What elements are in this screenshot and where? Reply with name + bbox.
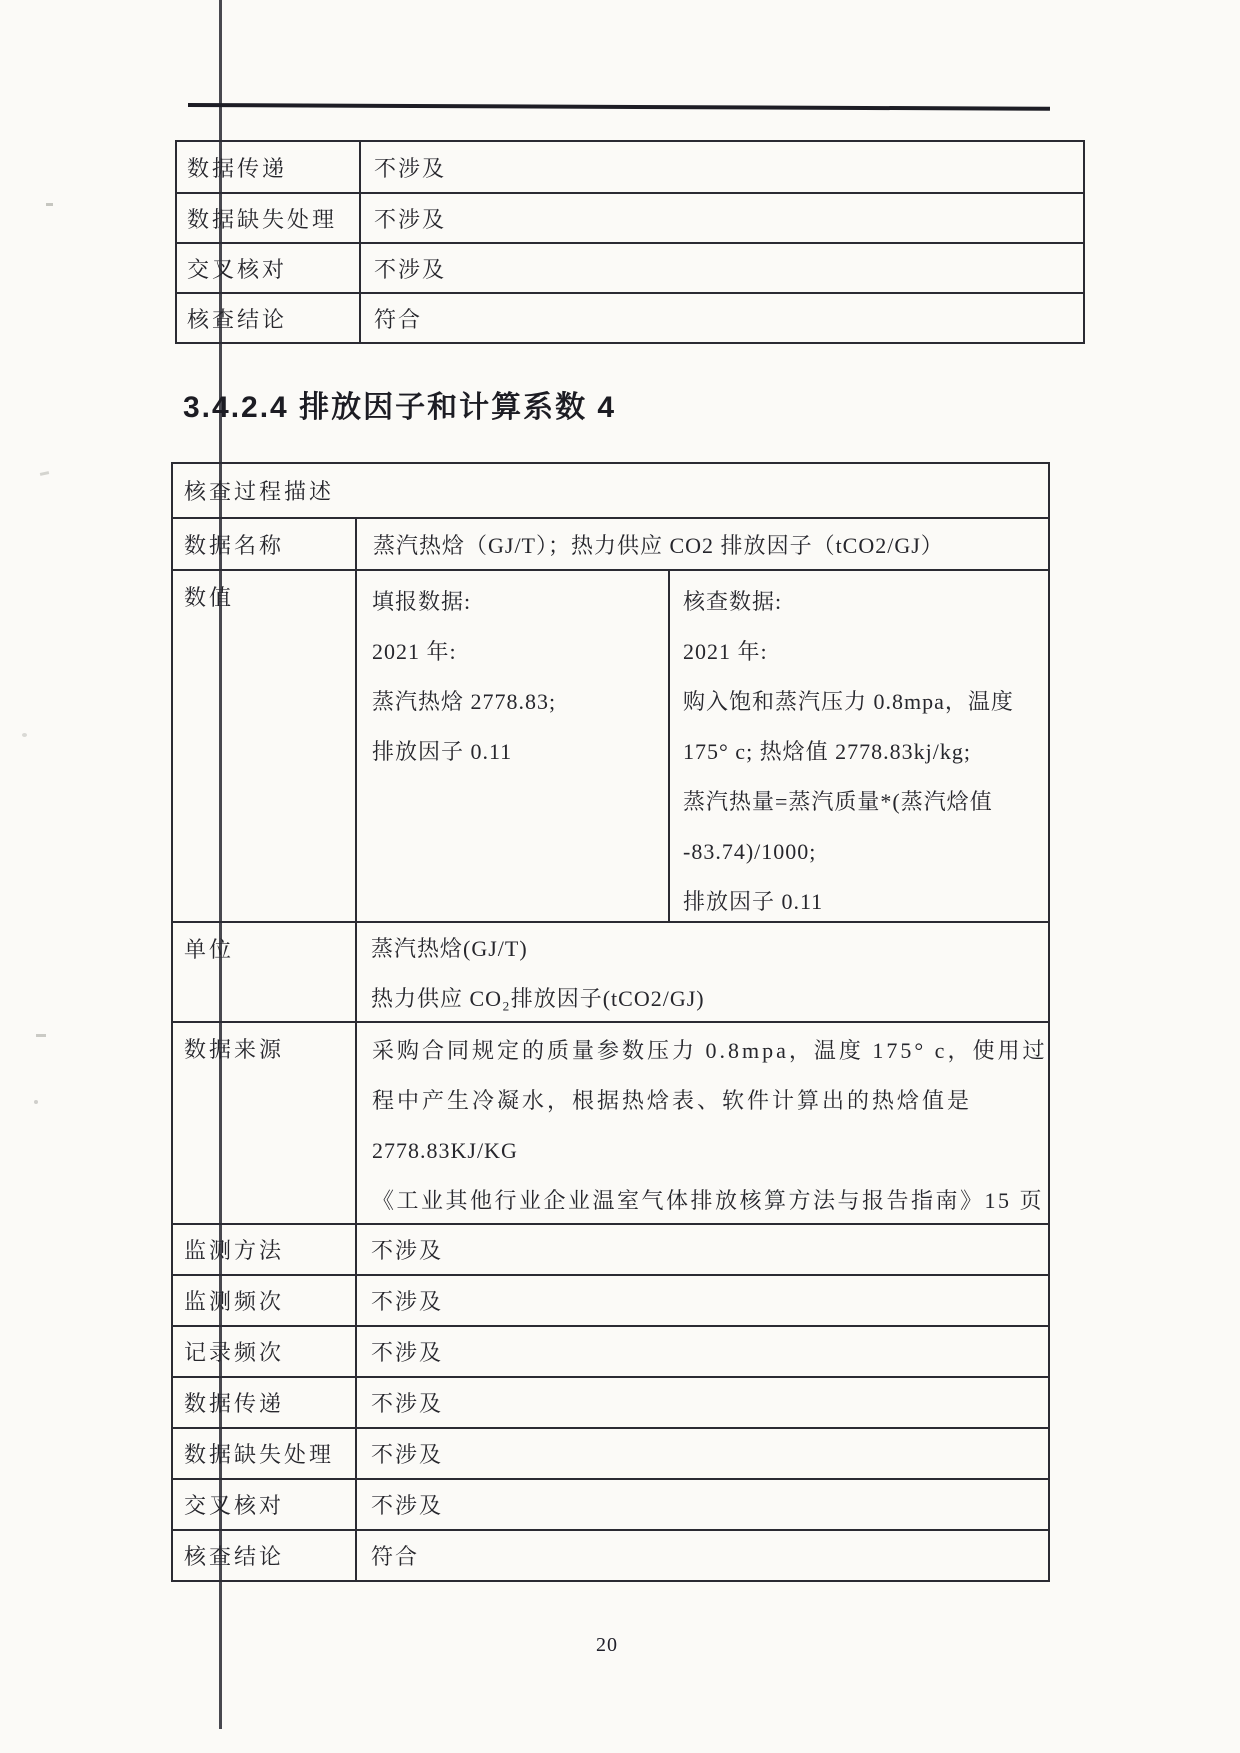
scan-artifact [34, 1100, 38, 1104]
row-label: 交叉核对 [173, 1480, 357, 1529]
table-row: 核查结论 符合 [173, 1529, 1048, 1580]
table-row-data-name: 数据名称 蒸汽热焓（GJ/T）；热力供应 CO2 排放因子（tCO2/GJ） [173, 517, 1048, 569]
reported-data-cell: 填报数据: 2021 年: 蒸汽热焓 2778.83; 排放因子 0.11 [357, 571, 670, 921]
text-line: 排放因子 0.11 [683, 877, 1048, 927]
row-label: 交叉核对 [177, 244, 361, 292]
table-row: 数据缺失处理 不涉及 [177, 192, 1083, 242]
scan-artifact [40, 471, 49, 476]
row-label: 监测方法 [173, 1225, 357, 1274]
scan-artifact [22, 733, 27, 737]
row-value: 不涉及 [357, 1225, 1048, 1274]
row-value: 符合 [357, 1531, 1048, 1580]
text-line: 热力供应 CO₂排放因子(tCO2/GJ) [371, 974, 1048, 1024]
row-value: 不涉及 [357, 1276, 1048, 1325]
row-label: 数据名称 [173, 519, 357, 569]
verified-data-cell: 核查数据: 2021 年: 购入饱和蒸汽压力 0.8mpa，温度 175° c;… [670, 571, 1048, 921]
row-label: 数值 [173, 571, 357, 921]
text-line: 蒸汽热量=蒸汽质量*(蒸汽焓值 [683, 777, 1048, 827]
row-label: 核查结论 [173, 1531, 357, 1580]
text-line: 175° c; 热焓值 2778.83kj/kg; [683, 727, 1048, 777]
text-line: 购入饱和蒸汽压力 0.8mpa，温度 [683, 677, 1048, 727]
row-label: 数据来源 [173, 1023, 357, 1223]
page-number: 20 [0, 1634, 1214, 1657]
table-row: 核查结论 符合 [177, 292, 1083, 342]
scan-artifact [36, 1034, 46, 1037]
row-value: 不涉及 [357, 1327, 1048, 1376]
verification-summary-table: 数据传递 不涉及 数据缺失处理 不涉及 交叉核对 不涉及 核查结论 符合 [175, 140, 1085, 344]
table-row: 数据缺失处理 不涉及 [173, 1427, 1048, 1478]
row-value: 不涉及 [357, 1480, 1048, 1529]
section-heading: 3.4.2.4 排放因子和计算系数 4 [183, 382, 616, 426]
row-value: 不涉及 [361, 244, 1083, 292]
row-label: 记录频次 [173, 1327, 357, 1376]
table-header-row: 核查过程描述 [173, 464, 1048, 517]
text-line: 填报数据: [372, 577, 668, 627]
row-label: 数据缺失处理 [173, 1429, 357, 1478]
row-value: 不涉及 [357, 1429, 1048, 1478]
row-label: 数据缺失处理 [177, 194, 361, 242]
row-value: 蒸汽热焓（GJ/T）；热力供应 CO2 排放因子（tCO2/GJ） [357, 519, 1048, 569]
table-row: 记录频次 不涉及 [173, 1325, 1048, 1376]
text-line: 核查数据: [683, 577, 1048, 627]
text-line: 采购合同规定的质量参数压力 0.8mpa，温度 175° c，使用过 [372, 1026, 1048, 1076]
table-row-numeric-value: 数值 填报数据: 2021 年: 蒸汽热焓 2778.83; 排放因子 0.11… [173, 569, 1048, 921]
row-label: 监测频次 [173, 1276, 357, 1325]
table-row: 交叉核对 不涉及 [177, 242, 1083, 292]
scan-artifact [46, 203, 53, 206]
table-row-unit: 单位 蒸汽热焓(GJ/T) 热力供应 CO₂排放因子(tCO2/GJ) [173, 921, 1048, 1021]
data-source-cell: 采购合同规定的质量参数压力 0.8mpa，温度 175° c，使用过 程中产生冷… [357, 1023, 1048, 1223]
unit-cell: 蒸汽热焓(GJ/T) 热力供应 CO₂排放因子(tCO2/GJ) [357, 923, 1048, 1021]
text-line: 排放因子 0.11 [372, 727, 668, 777]
text-line: 蒸汽热焓 2778.83; [372, 677, 668, 727]
text-line: -83.74)/1000; [683, 827, 1048, 877]
text-line: 2021 年: [683, 627, 1048, 677]
text-line: 2021 年: [372, 627, 668, 677]
row-value: 不涉及 [361, 194, 1083, 242]
row-label: 单位 [173, 923, 357, 1021]
table-row: 数据传递 不涉及 [177, 142, 1083, 192]
text-line: 程中产生冷凝水，根据热焓表、软件计算出的热焓值是 [372, 1076, 1048, 1126]
table-row: 数据传递 不涉及 [173, 1376, 1048, 1427]
table-row: 监测频次 不涉及 [173, 1274, 1048, 1325]
header-rule [188, 103, 1050, 111]
table-row: 交叉核对 不涉及 [173, 1478, 1048, 1529]
row-value: 不涉及 [361, 142, 1083, 192]
row-value: 不涉及 [357, 1378, 1048, 1427]
verification-detail-table: 核查过程描述 数据名称 蒸汽热焓（GJ/T）；热力供应 CO2 排放因子（tCO… [171, 462, 1050, 1582]
text-line: 2778.83KJ/KG [372, 1126, 1048, 1176]
row-label: 数据传递 [173, 1378, 357, 1427]
table-row: 监测方法 不涉及 [173, 1223, 1048, 1274]
row-value: 符合 [361, 294, 1083, 342]
text-line: 《工业其他行业企业温室气体排放核算方法与报告指南》15 页 [372, 1176, 1048, 1226]
row-label: 核查结论 [177, 294, 361, 342]
scanned-document-page: 数据传递 不涉及 数据缺失处理 不涉及 交叉核对 不涉及 核查结论 符合 3.4… [0, 0, 1240, 1753]
row-label: 数据传递 [177, 142, 361, 192]
table-row-data-source: 数据来源 采购合同规定的质量参数压力 0.8mpa，温度 175° c，使用过 … [173, 1021, 1048, 1223]
text-line: 蒸汽热焓(GJ/T) [371, 924, 1048, 974]
